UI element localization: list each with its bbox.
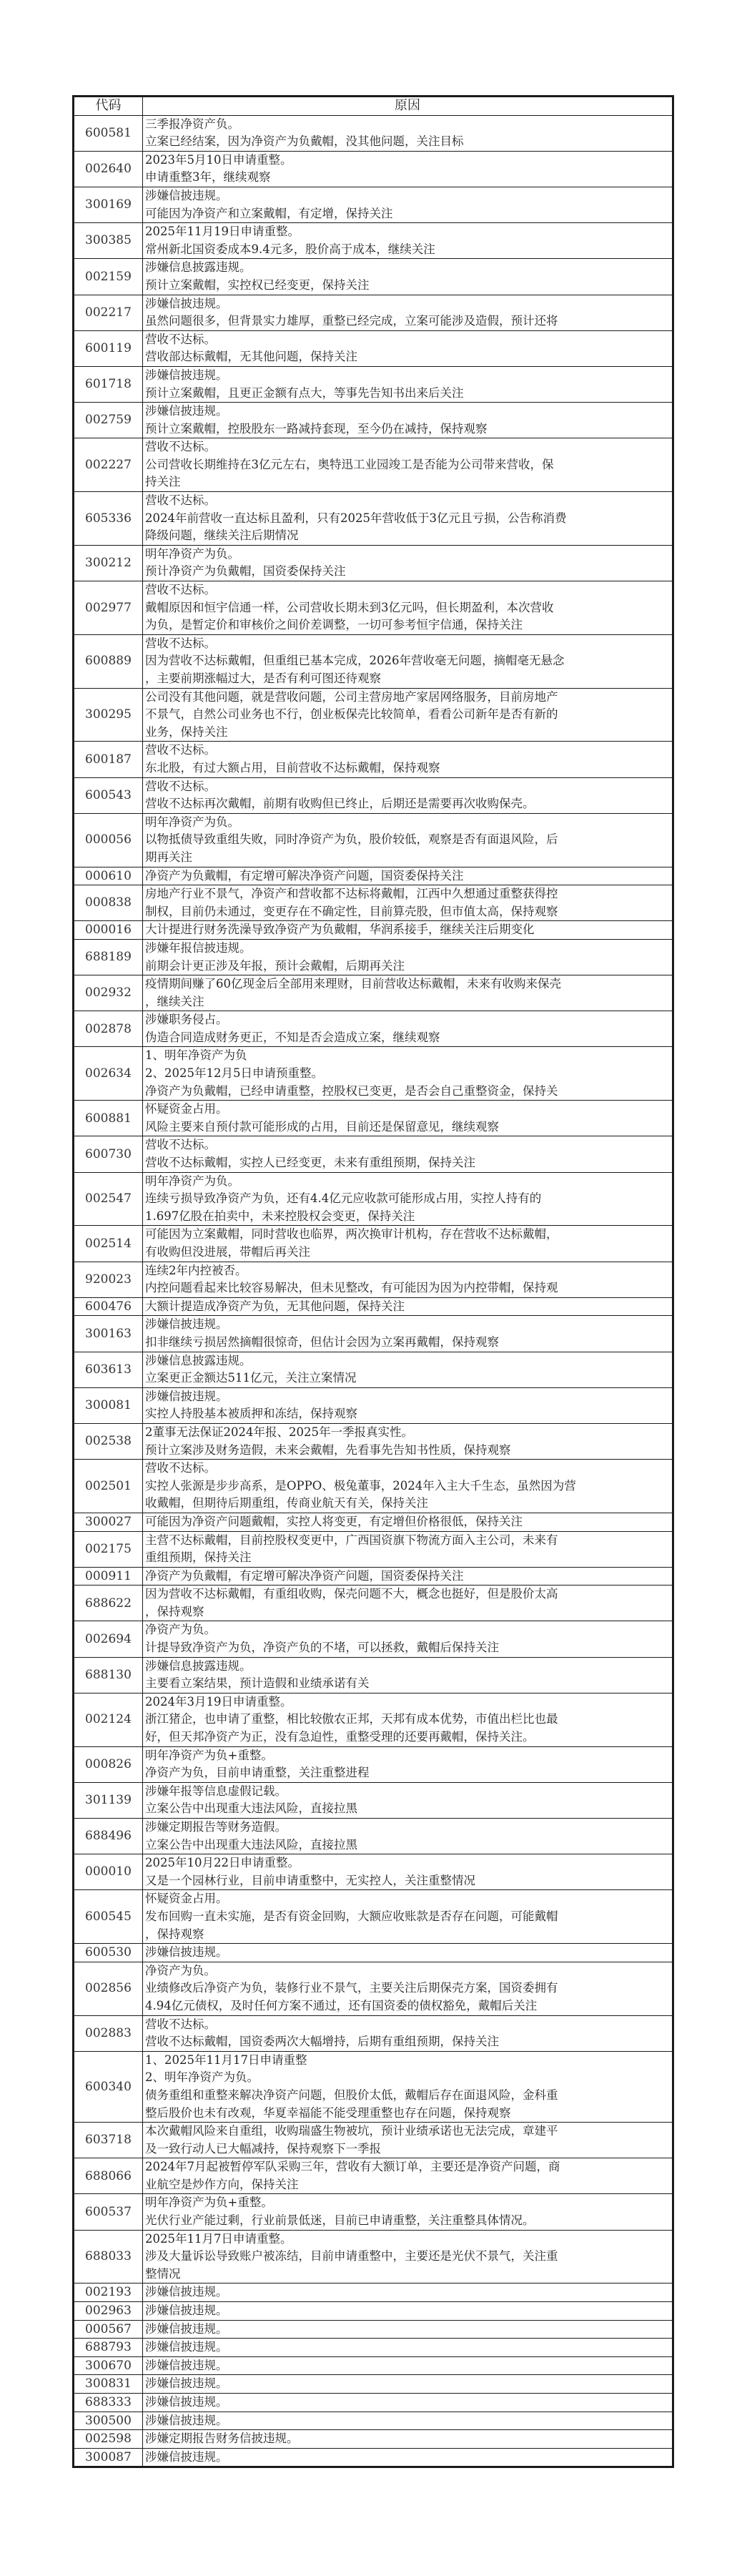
reason-line: 明年净资产为负。 bbox=[145, 814, 670, 832]
stock-code-cell: 688189 bbox=[74, 939, 143, 975]
reason-line: 2董事无法保证2024年报、2025年一季报真实性。 bbox=[145, 1424, 670, 1442]
reason-cell: 涉嫌信披违规。 bbox=[143, 2394, 673, 2412]
reason-cell: 涉嫌年报等信息虚假记载。立案公告中出现重大违法风险，直接拉黑 bbox=[143, 1782, 673, 1818]
reason-line: 主营不达标戴帽，目前控股权变更中，广西国资旗下物流方面入主公司，未来有 bbox=[145, 1532, 670, 1550]
table-row: 603613涉嫌信息披露违规。立案更正金额达511亿元，关注立案情况 bbox=[74, 1352, 673, 1387]
reason-line: 期再关注 bbox=[145, 849, 670, 867]
reason-line: 营收不达标戴帽，实控人已经变更，未来有重组预期，保持关注 bbox=[145, 1154, 670, 1172]
table-row: 000016大计提进行财务洗澡导致净资产为负戴帽，华润系接手，继续关注后期变化 bbox=[74, 921, 673, 940]
table-row: 0025382董事无法保证2024年报、2025年一季报真实性。预计立案涉及财务… bbox=[74, 1423, 673, 1459]
stock-code-cell: 600119 bbox=[74, 330, 143, 366]
stock-code-cell: 002227 bbox=[74, 438, 143, 492]
table-body: 600581三季报净资产负。立案已经结案，因为净资产为负戴帽，没其他问题，关注目… bbox=[74, 115, 673, 2467]
reason-line: 2023年5月10日申请重整。 bbox=[145, 152, 670, 169]
reason-cell: 怀疑资金占用。风险主要来自预付款可能形成的占用，目前还是保留意见，继续观察 bbox=[143, 1101, 673, 1136]
stock-code-cell: 300163 bbox=[74, 1316, 143, 1352]
reason-line: 涉嫌信披违规。 bbox=[145, 2449, 670, 2467]
stock-code-cell: 002501 bbox=[74, 1460, 143, 1513]
reason-line: 怀疑资金占用。 bbox=[145, 1101, 670, 1119]
table-row: 000826明年净资产为负+重整。净资产为负，目前申请重整，关注重整进程 bbox=[74, 1746, 673, 1782]
reason-line: 预计立案戴帽，控股股东一路减持套现，至今仍在减持，保持观察 bbox=[145, 421, 670, 438]
reason-cell: 2023年5月10日申请重整。申请重整3年，继续观察 bbox=[143, 151, 673, 187]
table-row: 301139涉嫌年报等信息虚假记载。立案公告中出现重大违法风险，直接拉黑 bbox=[74, 1782, 673, 1818]
reason-line: 营收不达标。 bbox=[145, 1460, 670, 1478]
table-row: 600543营收不达标。营收不达标再次戴帽，前期有收购但已终止，后期还是需要再次… bbox=[74, 777, 673, 813]
table-row: 605336营收不达标。2024年前营收一直达标且盈利，只有2025年营收低于3… bbox=[74, 492, 673, 546]
reason-cell: 明年净资产为负。连续亏损导致净资产为负，还有4.4亿元应收款可能形成占用，实控人… bbox=[143, 1172, 673, 1226]
stock-code-cell: 300295 bbox=[74, 688, 143, 742]
reason-cell: 明年净资产为负+重整。光伏行业产能过剩，行业前景低迷，目前已申请重整，关注重整具… bbox=[143, 2194, 673, 2230]
reason-cell: 涉嫌职务侵占。伪造合同造成财务更正，不知是否会造成立案，继续观察 bbox=[143, 1011, 673, 1047]
reason-cell: 2025年10月22日申请重整。又是一个园林行业，目前申请重整中，无实控人，关注… bbox=[143, 1854, 673, 1890]
stock-code-cell: 603613 bbox=[74, 1352, 143, 1387]
reason-line: 涉嫌信披违规。 bbox=[145, 1944, 670, 1962]
reason-line: 营收不达标。 bbox=[145, 492, 670, 510]
stock-code-cell: 300831 bbox=[74, 2375, 143, 2394]
reason-cell: 涉嫌信披违规。 bbox=[143, 2320, 673, 2339]
reason-cell: 涉嫌信披违规。预计立案戴帽，且更正金额有点大，等事先告知书出来后关注 bbox=[143, 366, 673, 402]
stock-code-cell: 002175 bbox=[74, 1531, 143, 1567]
reason-cell: 明年净资产为负+重整。净资产为负，目前申请重整，关注重整进程 bbox=[143, 1746, 673, 1782]
reason-line: 立案公告中出现重大违法风险，直接拉黑 bbox=[145, 1837, 670, 1854]
reason-line: 发布回购一直未实施，是否有资金回购，大额应收账款是否存在问题，可能戴帽 bbox=[145, 1908, 670, 1926]
reason-cell: 2025年11月19日申请重整。常州新北国资委成本9.4元多，股价高于成本，继续… bbox=[143, 223, 673, 259]
reason-line: 预计立案戴帽，且更正金额有点大，等事先告知书出来后关注 bbox=[145, 385, 670, 403]
reason-cell: 净资产为负。计提导致净资产为负，净资产负的不堵，可以拯救，戴帽后保持关注 bbox=[143, 1621, 673, 1657]
table-row: 0026341、明年净资产为负2、2025年12月5日申请预重整。净资产为负戴帽… bbox=[74, 1047, 673, 1101]
table-row: 600476大额计提造成净资产为负，无其他问题，保持关注 bbox=[74, 1297, 673, 1316]
reason-line: 不景气，自然公司业务也不行，创业板保壳比较简单，看看公司新年是否有新的 bbox=[145, 706, 670, 724]
reason-line: 债务重组和重整来解决净资产问题，但股价太低，戴帽后存在面退风险，金科重 bbox=[145, 2087, 670, 2105]
reason-line: 以物抵债导致重组失败，同时净资产为负，股价较低，观察是否有面退风险，后 bbox=[145, 831, 670, 849]
table-row: 600187营收不达标。东北股，有过大额占用，目前营收不达标戴帽，保持观察 bbox=[74, 742, 673, 777]
reason-line: ，保持观察 bbox=[145, 1926, 670, 1944]
table-row: 000838房地产行业不景气，净资产和营收都不达标将戴帽，江西中久想通过重整获得… bbox=[74, 885, 673, 921]
table-row: 002175主营不达标戴帽，目前控股权变更中，广西国资旗下物流方面入主公司，未来… bbox=[74, 1531, 673, 1567]
reason-line: 营收不达标。 bbox=[145, 635, 670, 653]
table-row: 002963涉嫌信披违规。 bbox=[74, 2302, 673, 2321]
reason-line: 涉嫌年报等信息虚假记载。 bbox=[145, 1783, 670, 1801]
reason-line: 预计立案涉及财务造假，未来会戴帽，先看事先告知书性质，保持观察 bbox=[145, 1442, 670, 1460]
stock-code-cell: 688130 bbox=[74, 1657, 143, 1693]
table-row: 6880662024年7月起被暂停军队采购三年，营收有大额订单，主要还是净资产问… bbox=[74, 2158, 673, 2194]
reason-line: 2、明年净资产为负。 bbox=[145, 2069, 670, 2087]
stock-code-cell: 002963 bbox=[74, 2302, 143, 2321]
reason-line: 房地产行业不景气，净资产和营收都不达标将戴帽，江西中久想通过重整获得控 bbox=[145, 885, 670, 903]
table: 代码 原因 600581三季报净资产负。立案已经结案，因为净资产为负戴帽，没其他… bbox=[74, 97, 673, 2467]
reason-line: 涉嫌信息披露违规。 bbox=[145, 1352, 670, 1370]
reason-cell: 涉嫌定期报告等财务造假。立案公告中出现重大违法风险，直接拉黑 bbox=[143, 1819, 673, 1854]
reason-line: 涉嫌信披违规。 bbox=[145, 2375, 670, 2393]
stock-code-cell: 002598 bbox=[74, 2430, 143, 2449]
table-row: 300081涉嫌信披违规。实控人持股基本被质押和冻结，保持观察 bbox=[74, 1387, 673, 1423]
reason-cell: 涉嫌信披违规。虽然问题很多，但背景实力雄厚，重整已经完成，立案可能涉及造假，预计… bbox=[143, 295, 673, 330]
reason-line: 明年净资产为负+重整。 bbox=[145, 2194, 670, 2212]
reason-line: 涉嫌信息披露违规。 bbox=[145, 259, 670, 277]
table-row: 920023连续2年内控被否。内控问题看起来比较容易解决，但未见整改，有可能因为… bbox=[74, 1262, 673, 1297]
table-row: 002932疫情期间赚了60亿现金后全部用来理财，目前营收达标戴帽，未来有收购来… bbox=[74, 975, 673, 1011]
stock-code-cell: 688066 bbox=[74, 2158, 143, 2194]
reason-line: 业航空是炒作方向，保持关注 bbox=[145, 2176, 670, 2194]
reason-cell: 可能因为净资产问题戴帽，实控人将变更，有定增但价格很低，保持关注 bbox=[143, 1513, 673, 1531]
table-row: 000056明年净资产为负。以物抵债导致重组失败，同时净资产为负，股价较低，观察… bbox=[74, 813, 673, 867]
reason-cell: 涉嫌信披违规。 bbox=[143, 2448, 673, 2467]
table-row: 002159涉嫌信息披露违规。预计立案戴帽，实控权已经变更，保持关注 bbox=[74, 259, 673, 295]
reason-cell: 营收不达标。东北股，有过大额占用，目前营收不达标戴帽，保持观察 bbox=[143, 742, 673, 777]
reason-line: 立案更正金额达511亿元，关注立案情况 bbox=[145, 1370, 670, 1387]
reason-line: 涉及大量诉讼导致账户被冻结，目前申请重整中，主要还是光伏不景气，关注重 bbox=[145, 2248, 670, 2266]
stock-code-cell: 300385 bbox=[74, 223, 143, 259]
reason-cell: 2025年11月7日申请重整。涉及大量诉讼导致账户被冻结，目前申请重整中，主要还… bbox=[143, 2230, 673, 2284]
reason-line: 营收不达标再次戴帽，前期有收购但已终止，后期还是需要再次收购保壳。 bbox=[145, 795, 670, 813]
stock-code-cell: 002124 bbox=[74, 1693, 143, 1746]
reason-line: 可能因为立案戴帽，同时营收也临界，两次换审计机构，存在营收不达标戴帽， bbox=[145, 1226, 670, 1244]
reason-line: 申请重整3年，继续观察 bbox=[145, 169, 670, 187]
table-row: 600119营收不达标。营收部达标戴帽，无其他问题，保持关注 bbox=[74, 330, 673, 366]
reason-line: 明年净资产为负。 bbox=[145, 546, 670, 564]
reason-cell: 涉嫌信披违规。实控人持股基本被质押和冻结，保持观察 bbox=[143, 1387, 673, 1423]
table-row: 600537明年净资产为负+重整。光伏行业产能过剩，行业前景低迷，目前已申请重整… bbox=[74, 2194, 673, 2230]
table-row: 002501营收不达标。实控人张源是步步高系，是OPPO、极兔董事，2024年入… bbox=[74, 1460, 673, 1513]
reason-line: 前期会计更正涉及年报，预计会戴帽，后期再关注 bbox=[145, 958, 670, 975]
reason-line: 及一致行动人已大幅减持，保持观察下一季报 bbox=[145, 2140, 670, 2158]
table-row: 002694净资产为负。计提导致净资产为负，净资产负的不堵，可以拯救，戴帽后保持… bbox=[74, 1621, 673, 1657]
reason-cell: 营收不达标。营收不达标戴帽，实控人已经变更，未来有重组预期，保持关注 bbox=[143, 1136, 673, 1172]
stock-code-cell: 600537 bbox=[74, 2194, 143, 2230]
reason-line: 东北股，有过大额占用，目前营收不达标戴帽，保持观察 bbox=[145, 759, 670, 777]
table-row: 688189涉嫌年报信披违规。前期会计更正涉及年报，预计会戴帽，后期再关注 bbox=[74, 939, 673, 975]
reason-cell: 涉嫌信息披露违规。预计立案戴帽，实控权已经变更，保持关注 bbox=[143, 259, 673, 295]
table-row: 600581三季报净资产负。立案已经结案，因为净资产为负戴帽，没其他问题，关注目… bbox=[74, 115, 673, 151]
reason-cell: 净资产为负戴帽，有定增可解决净资产问题，国资委保持关注 bbox=[143, 1567, 673, 1586]
table-row: 600881怀疑资金占用。风险主要来自预付款可能形成的占用，目前还是保留意见，继… bbox=[74, 1101, 673, 1136]
reason-line: 营收不达标。 bbox=[145, 1136, 670, 1154]
reason-line: 疫情期间赚了60亿现金后全部用来理财，目前营收达标戴帽，未来有收购来保壳 bbox=[145, 975, 670, 993]
stock-code-cell: 600889 bbox=[74, 634, 143, 688]
reason-line: 因为营收不达标戴帽，有重组收购，保壳问题不大，概念也挺好，但是股价太高 bbox=[145, 1586, 670, 1603]
reason-cell: 涉嫌信息披露违规。立案更正金额达511亿元，关注立案情况 bbox=[143, 1352, 673, 1387]
reason-line: 业务，保持关注 bbox=[145, 724, 670, 742]
reason-cell: 营收不达标。营收部达标戴帽，无其他问题，保持关注 bbox=[143, 330, 673, 366]
stock-code-cell: 301139 bbox=[74, 1782, 143, 1818]
reason-line: 2025年10月22日申请重整。 bbox=[145, 1854, 670, 1872]
table-row: 688622因为营收不达标戴帽，有重组收购，保壳问题不大，概念也挺好，但是股价太… bbox=[74, 1586, 673, 1621]
reason-cell: 涉嫌信披违规。 bbox=[143, 2302, 673, 2321]
table-row: 688130涉嫌信息披露违规。主要看立案结果，预计造假和业绩承诺有关 bbox=[74, 1657, 673, 1693]
reason-cell: 营收不达标。公司营收长期维持在3亿元左右，奥特迅工业园竣工是否能为公司带来营收，… bbox=[143, 438, 673, 492]
reason-line: 整情况 bbox=[145, 2266, 670, 2284]
stock-code-cell: 002883 bbox=[74, 2015, 143, 2051]
table-row: 6003401、2025年11月17日申请重整2、明年净资产为负。债务重组和重整… bbox=[74, 2051, 673, 2122]
reason-line: 涉嫌年报信披违规。 bbox=[145, 940, 670, 958]
reason-line: 涉嫌信披违规。 bbox=[145, 2357, 670, 2375]
reason-line: 实控人持股基本被质押和冻结，保持观察 bbox=[145, 1405, 670, 1423]
reason-line: 本次戴帽风险来自重组，收购瑞盛生物被坑，预计业绩承诺也无法完成，章建平 bbox=[145, 2123, 670, 2140]
reason-line: 三季报净资产负。 bbox=[145, 116, 670, 134]
reason-cell: 营收不达标。2024年前营收一直达标且盈利，只有2025年营收低于3亿元且亏损，… bbox=[143, 492, 673, 546]
stock-code-cell: 605336 bbox=[74, 492, 143, 546]
stock-code-cell: 600476 bbox=[74, 1297, 143, 1316]
stock-code-cell: 600187 bbox=[74, 742, 143, 777]
reason-line: 收戴帽，但期待后期重组，传商业航天有关，保持关注 bbox=[145, 1495, 670, 1513]
reason-cell: 1、明年净资产为负2、2025年12月5日申请预重整。净资产为负戴帽，已经申请重… bbox=[143, 1047, 673, 1101]
reason-line: 浙江猪企，也申请了重整，相比较傲农正邦，天邦有成本优势，市值出栏比也最 bbox=[145, 1711, 670, 1729]
reason-line: 涉嫌信披违规。 bbox=[145, 2339, 670, 2356]
table-row: 300027可能因为净资产问题戴帽，实控人将变更，有定增但价格很低，保持关注 bbox=[74, 1513, 673, 1531]
reason-line: 风险主要来自预付款可能形成的占用，目前还是保留意见，继续观察 bbox=[145, 1119, 670, 1136]
reason-cell: 涉嫌年报信披违规。前期会计更正涉及年报，预计会戴帽，后期再关注 bbox=[143, 939, 673, 975]
reason-line: 涉嫌信披违规。 bbox=[145, 2394, 670, 2412]
table-row: 603718本次戴帽风险来自重组，收购瑞盛生物被坑，预计业绩承诺也无法完成，章建… bbox=[74, 2123, 673, 2158]
stock-code-cell: 000911 bbox=[74, 1567, 143, 1586]
table-row: 688333涉嫌信披违规。 bbox=[74, 2394, 673, 2412]
reason-cell: 涉嫌信披违规。 bbox=[143, 2284, 673, 2302]
reason-line: 可能因为净资产和立案戴帽，有定增，保持关注 bbox=[145, 205, 670, 223]
reason-line: 为负，是暂定价和审核价之间价差调整，一切可参考恒宇信通，保持关注 bbox=[145, 616, 670, 634]
reason-line: 主要看立案结果，预计造假和业绩承诺有关 bbox=[145, 1675, 670, 1693]
reason-line: 涉嫌信披违规。 bbox=[145, 1316, 670, 1334]
reason-cell: 涉嫌信披违规。 bbox=[143, 2412, 673, 2430]
table-row: 002193涉嫌信披违规。 bbox=[74, 2284, 673, 2302]
table-row: 3003852025年11月19日申请重整。常州新北国资委成本9.4元多，股价高… bbox=[74, 223, 673, 259]
table-row: 300163涉嫌信披违规。扣非继续亏损居然摘帽很惊奇，但估计会因为立案再戴帽，保… bbox=[74, 1316, 673, 1352]
table-row: 002883营收不达标。营收不达标戴帽，国资委两次大幅增持，后期有重组预期，保持… bbox=[74, 2015, 673, 2051]
table-row: 300087涉嫌信披违规。 bbox=[74, 2448, 673, 2467]
stock-code-cell: 000838 bbox=[74, 885, 143, 921]
stock-code-cell: 688033 bbox=[74, 2230, 143, 2284]
reason-line: 2025年11月19日申请重整。 bbox=[145, 223, 670, 241]
reason-cell: 大额计提造成净资产为负，无其他问题，保持关注 bbox=[143, 1297, 673, 1316]
reason-line: 公司营收长期维持在3亿元左右，奥特迅工业园竣工是否能为公司带来营收，保 bbox=[145, 456, 670, 474]
table-row: 6880332025年11月7日申请重整。涉及大量诉讼导致账户被冻结，目前申请重… bbox=[74, 2230, 673, 2284]
reason-line: 1.697亿股在拍卖中，未来控股权会变更，保持关注 bbox=[145, 1208, 670, 1226]
table-row: 688793涉嫌信披违规。 bbox=[74, 2339, 673, 2357]
stock-code-cell: 002514 bbox=[74, 1226, 143, 1262]
reason-cell: 营收不达标。营收不达标戴帽，国资委两次大幅增持，后期有重组预期，保持关注 bbox=[143, 2015, 673, 2051]
table-row: 601718涉嫌信披违规。预计立案戴帽，且更正金额有点大，等事先告知书出来后关注 bbox=[74, 366, 673, 402]
stock-code-cell: 000056 bbox=[74, 813, 143, 867]
reason-line: 2024年3月19日申请重整。 bbox=[145, 1693, 670, 1711]
table-row: 002878涉嫌职务侵占。伪造合同造成财务更正，不知是否会造成立案，继续观察 bbox=[74, 1011, 673, 1047]
reason-line: 2024年7月起被暂停军队采购三年，营收有大额订单，主要还是净资产问题，商 bbox=[145, 2158, 670, 2176]
reason-line: 光伏行业产能过剩，行业前景低迷，目前已申请重整，关注重整具体情况。 bbox=[145, 2212, 670, 2230]
reason-cell: 营收不达标。实控人张源是步步高系，是OPPO、极兔董事，2024年入主大千生态，… bbox=[143, 1460, 673, 1513]
stock-code-cell: 002856 bbox=[74, 1962, 143, 2015]
reason-line: 持关注 bbox=[145, 473, 670, 491]
reason-line: 净资产为负，目前申请重整，关注重整进程 bbox=[145, 1764, 670, 1782]
table-row: 600530涉嫌信披违规。 bbox=[74, 1944, 673, 1962]
stock-code-cell: 688622 bbox=[74, 1586, 143, 1621]
reason-line: 2025年11月7日申请重整。 bbox=[145, 2231, 670, 2248]
reason-line: 整后股价也未有改观，华夏幸福能不能受理重整也存在问题，保持观察 bbox=[145, 2105, 670, 2123]
stock-code-cell: 002878 bbox=[74, 1011, 143, 1047]
table-row: 300169涉嫌信披违规。可能因为净资产和立案戴帽，有定增，保持关注 bbox=[74, 187, 673, 222]
reason-line: 有收购但没进展，带帽后再关注 bbox=[145, 1244, 670, 1262]
reason-line: 可能因为净资产问题戴帽，实控人将变更，有定增但价格很低，保持关注 bbox=[145, 1513, 670, 1531]
table-row: 300831涉嫌信披违规。 bbox=[74, 2375, 673, 2394]
stock-code-cell: 600881 bbox=[74, 1101, 143, 1136]
reason-line: 制权，目前仍未通过，变更存在不确定性，目前算壳股，但市值太高，保持观察 bbox=[145, 903, 670, 921]
reason-line: 涉嫌信披违规。 bbox=[145, 2284, 670, 2301]
reason-line: 营收不达标戴帽，国资委两次大幅增持，后期有重组预期，保持关注 bbox=[145, 2033, 670, 2051]
header-reason: 原因 bbox=[143, 97, 673, 116]
table-row: 000567涉嫌信披违规。 bbox=[74, 2320, 673, 2339]
reason-line: 业绩修改后净资产为负，装修行业不景气，主要关注后期保壳方案，国资委拥有 bbox=[145, 1980, 670, 1997]
reason-line: ，保持观察 bbox=[145, 1603, 670, 1621]
table-row: 000610净资产为负戴帽，有定增可解决净资产问题，国资委保持关注 bbox=[74, 867, 673, 885]
stock-code-cell: 000010 bbox=[74, 1854, 143, 1890]
reason-line: 内控问题看起来比较容易解决，但未见整改，有可能因为因为内控带帽，保持观 bbox=[145, 1279, 670, 1297]
reason-line: 大计提进行财务洗澡导致净资产为负戴帽，华润系接手，继续关注后期变化 bbox=[145, 921, 670, 939]
reason-cell: 因为营收不达标戴帽，有重组收购，保壳问题不大，概念也挺好，但是股价太高，保持观察 bbox=[143, 1586, 673, 1621]
reason-line: 净资产为负。 bbox=[145, 1621, 670, 1639]
reason-cell: 公司没有其他问题，就是营收问题，公司主营房地产家居网络服务，目前房地产不景气，自… bbox=[143, 688, 673, 742]
stock-code-cell: 002977 bbox=[74, 581, 143, 635]
stock-code-cell: 600530 bbox=[74, 1944, 143, 1962]
reason-cell: 净资产为负。业绩修改后净资产为负，装修行业不景气，主要关注后期保壳方案，国资委拥… bbox=[143, 1962, 673, 2015]
reason-cell: 连续2年内控被否。内控问题看起来比较容易解决，但未见整改，有可能因为因为内控带帽… bbox=[143, 1262, 673, 1297]
reason-cell: 涉嫌信披违规。扣非继续亏损居然摘帽很惊奇，但估计会因为立案再戴帽，保持观察 bbox=[143, 1316, 673, 1352]
reason-line: 营收不达标。 bbox=[145, 742, 670, 759]
reason-line: 明年净资产为负+重整。 bbox=[145, 1747, 670, 1765]
stock-code-cell: 002193 bbox=[74, 2284, 143, 2302]
stock-code-cell: 002634 bbox=[74, 1047, 143, 1101]
table-row: 0021242024年3月19日申请重整。浙江猪企，也申请了重整，相比较傲农正邦… bbox=[74, 1693, 673, 1746]
reason-line: 伪造合同造成财务更正，不知是否会造成立案，继续观察 bbox=[145, 1029, 670, 1047]
reason-cell: 主营不达标戴帽，目前控股权变更中，广西国资旗下物流方面入主公司，未来有重组预期，… bbox=[143, 1531, 673, 1567]
table-row: 600889营收不达标。因为营收不达标戴帽，但重组已基本完成，2026年营收毫无… bbox=[74, 634, 673, 688]
reason-cell: 涉嫌信披违规。 bbox=[143, 1944, 673, 1962]
stock-code-cell: 002759 bbox=[74, 403, 143, 438]
reason-line: 2、2025年12月5日申请预重整。 bbox=[145, 1065, 670, 1083]
reason-line: 营收不达标。 bbox=[145, 581, 670, 599]
reason-line: 净资产为负。 bbox=[145, 1962, 670, 1980]
reason-line: 1、明年净资产为负 bbox=[145, 1047, 670, 1065]
reason-line: 涉嫌定期报告财务信披违规。 bbox=[145, 2430, 670, 2448]
reason-line: 涉嫌信披违规。 bbox=[145, 2302, 670, 2320]
reason-cell: 涉嫌信息披露违规。主要看立案结果，预计造假和业绩承诺有关 bbox=[143, 1657, 673, 1693]
stock-code-cell: 300212 bbox=[74, 545, 143, 581]
reason-line: 公司没有其他问题，就是营收问题，公司主营房地产家居网络服务，目前房地产 bbox=[145, 689, 670, 707]
reason-cell: 三季报净资产负。立案已经结案，因为净资产为负戴帽，没其他问题，关注目标 bbox=[143, 115, 673, 151]
stock-code-cell: 300500 bbox=[74, 2412, 143, 2430]
reason-line: 连续亏损导致净资产为负，还有4.4亿元应收款可能形成占用，实控人持有的 bbox=[145, 1190, 670, 1208]
reason-line: 虽然问题很多，但背景实力雄厚，重整已经完成，立案可能涉及造假，预计还将 bbox=[145, 313, 670, 330]
reason-line: 好，但天邦净资产为正，没有急迫性，重整受理的还要再戴帽，保持关注。 bbox=[145, 1729, 670, 1746]
stock-code-cell: 300081 bbox=[74, 1387, 143, 1423]
stock-code-cell: 300087 bbox=[74, 2448, 143, 2467]
reason-line: 净资产为负戴帽，已经申请重整，控股权已变更，是否会自己重整资金，保持关 bbox=[145, 1083, 670, 1101]
stock-code-cell: 000610 bbox=[74, 867, 143, 885]
stock-code-cell: 600545 bbox=[74, 1890, 143, 1944]
reason-line: 涉嫌信披违规。 bbox=[145, 187, 670, 205]
reason-line: 怀疑资金占用。 bbox=[145, 1890, 670, 1908]
stock-code-cell: 600340 bbox=[74, 2051, 143, 2122]
reason-line: 营收不达标。 bbox=[145, 778, 670, 796]
header-row: 代码 原因 bbox=[74, 97, 673, 116]
table-row: 002547明年净资产为负。连续亏损导致净资产为负，还有4.4亿元应收款可能形成… bbox=[74, 1172, 673, 1226]
reason-line: 涉嫌信披违规。 bbox=[145, 295, 670, 313]
stock-code-cell: 600543 bbox=[74, 777, 143, 813]
table-row: 002759涉嫌信披违规。预计立案戴帽，控股股东一路减持套现，至今仍在减持，保持… bbox=[74, 403, 673, 438]
stock-code-cell: 600730 bbox=[74, 1136, 143, 1172]
reason-cell: 营收不达标。营收不达标再次戴帽，前期有收购但已终止，后期还是需要再次收购保壳。 bbox=[143, 777, 673, 813]
reason-line: 大额计提造成净资产为负，无其他问题，保持关注 bbox=[145, 1298, 670, 1316]
reason-cell: 房地产行业不景气，净资产和营收都不达标将戴帽，江西中久想通过重整获得控制权，目前… bbox=[143, 885, 673, 921]
stock-code-cell: 300027 bbox=[74, 1513, 143, 1531]
reason-cell: 2董事无法保证2024年报、2025年一季报真实性。预计立案涉及财务造假，未来会… bbox=[143, 1423, 673, 1459]
table-row: 600545怀疑资金占用。发布回购一直未实施，是否有资金回购，大额应收账款是否存… bbox=[74, 1890, 673, 1944]
reason-cell: 大计提进行财务洗澡导致净资产为负戴帽，华润系接手，继续关注后期变化 bbox=[143, 921, 673, 940]
reason-line: 涉嫌信息披露违规。 bbox=[145, 1658, 670, 1676]
table-row: 300295公司没有其他问题，就是营收问题，公司主营房地产家居网络服务，目前房地… bbox=[74, 688, 673, 742]
reason-line: 预计立案戴帽，实控权已经变更，保持关注 bbox=[145, 277, 670, 295]
table-row: 002977营收不达标。戴帽原因和恒宇信通一样，公司营收长期未到3亿元吗，但长期… bbox=[74, 581, 673, 635]
reason-cell: 2024年3月19日申请重整。浙江猪企，也申请了重整，相比较傲农正邦，天邦有成本… bbox=[143, 1693, 673, 1746]
stock-code-cell: 002932 bbox=[74, 975, 143, 1011]
reason-line: 涉嫌信披违规。 bbox=[145, 367, 670, 385]
reason-line: 涉嫌信披违规。 bbox=[145, 2321, 670, 2339]
stock-code-cell: 688793 bbox=[74, 2339, 143, 2357]
stock-code-cell: 002694 bbox=[74, 1621, 143, 1657]
reason-line: 1、2025年11月17日申请重整 bbox=[145, 2052, 670, 2070]
stock-code-cell: 300670 bbox=[74, 2356, 143, 2375]
stock-code-cell: 688333 bbox=[74, 2394, 143, 2412]
table-row: 002598涉嫌定期报告财务信披违规。 bbox=[74, 2430, 673, 2449]
reason-line: 戴帽原因和恒宇信通一样，公司营收长期未到3亿元吗，但长期盈利，本次营收 bbox=[145, 599, 670, 617]
table-row: 300500涉嫌信披违规。 bbox=[74, 2412, 673, 2430]
reason-cell: 可能因为立案戴帽，同时营收也临界，两次换审计机构，存在营收不达标戴帽，有收购但没… bbox=[143, 1226, 673, 1262]
reason-cell: 涉嫌定期报告财务信披违规。 bbox=[143, 2430, 673, 2449]
table-row: 002217涉嫌信披违规。虽然问题很多，但背景实力雄厚，重整已经完成，立案可能涉… bbox=[74, 295, 673, 330]
header-code: 代码 bbox=[74, 97, 143, 116]
reason-cell: 2024年7月起被暂停军队采购三年，营收有大额订单，主要还是净资产问题，商业航空… bbox=[143, 2158, 673, 2194]
stock-code-cell: 600581 bbox=[74, 115, 143, 151]
reason-line: 涉嫌职务侵占。 bbox=[145, 1011, 670, 1029]
table-row: 0026402023年5月10日申请重整。申请重整3年，继续观察 bbox=[74, 151, 673, 187]
reason-line: 又是一个园林行业，目前申请重整中，无实控人，关注重整情况 bbox=[145, 1872, 670, 1890]
reason-line: 重组预期，保持关注 bbox=[145, 1549, 670, 1567]
stock-reason-table: 代码 原因 600581三季报净资产负。立案已经结案，因为净资产为负戴帽，没其他… bbox=[72, 95, 674, 2468]
reason-cell: 明年净资产为负。预计净资产为负戴帽，国资委保持关注 bbox=[143, 545, 673, 581]
stock-code-cell: 603718 bbox=[74, 2123, 143, 2158]
stock-code-cell: 002217 bbox=[74, 295, 143, 330]
reason-line: 涉嫌信披违规。 bbox=[145, 2412, 670, 2430]
reason-cell: 疫情期间赚了60亿现金后全部用来理财，目前营收达标戴帽，未来有收购来保壳，继续关… bbox=[143, 975, 673, 1011]
stock-code-cell: 002159 bbox=[74, 259, 143, 295]
reason-cell: 本次戴帽风险来自重组，收购瑞盛生物被坑，预计业绩承诺也无法完成，章建平及一致行动… bbox=[143, 2123, 673, 2158]
table-row: 688496涉嫌定期报告等财务造假。立案公告中出现重大违法风险，直接拉黑 bbox=[74, 1819, 673, 1854]
reason-cell: 1、2025年11月17日申请重整2、明年净资产为负。债务重组和重整来解决净资产… bbox=[143, 2051, 673, 2122]
reason-line: 立案已经结案，因为净资产为负戴帽，没其他问题，关注目标 bbox=[145, 133, 670, 151]
reason-line: 降级问题，继续关注后期情况 bbox=[145, 527, 670, 545]
reason-line: 扣非继续亏损居然摘帽很惊奇，但估计会因为立案再戴帽，保持观察 bbox=[145, 1334, 670, 1352]
stock-code-cell: 002547 bbox=[74, 1172, 143, 1226]
reason-cell: 营收不达标。戴帽原因和恒宇信通一样，公司营收长期未到3亿元吗，但长期盈利，本次营… bbox=[143, 581, 673, 635]
table-row: 000911净资产为负戴帽，有定增可解决净资产问题，国资委保持关注 bbox=[74, 1567, 673, 1586]
reason-line: 涉嫌信披违规。 bbox=[145, 403, 670, 421]
reason-line: 计提导致净资产为负，净资产负的不堵，可以拯救，戴帽后保持关注 bbox=[145, 1639, 670, 1657]
reason-line: 营收不达标。 bbox=[145, 438, 670, 456]
reason-line: 营收不达标。 bbox=[145, 331, 670, 349]
reason-cell: 明年净资产为负。以物抵债导致重组失败，同时净资产为负，股价较低，观察是否有面退风… bbox=[143, 813, 673, 867]
reason-cell: 涉嫌信披违规。可能因为净资产和立案戴帽，有定增，保持关注 bbox=[143, 187, 673, 222]
stock-code-cell: 920023 bbox=[74, 1262, 143, 1297]
reason-line: 明年净资产为负。 bbox=[145, 1173, 670, 1191]
reason-cell: 涉嫌信披违规。 bbox=[143, 2339, 673, 2357]
stock-code-cell: 601718 bbox=[74, 366, 143, 402]
reason-cell: 涉嫌信披违规。预计立案戴帽，控股股东一路减持套现，至今仍在减持，保持观察 bbox=[143, 403, 673, 438]
